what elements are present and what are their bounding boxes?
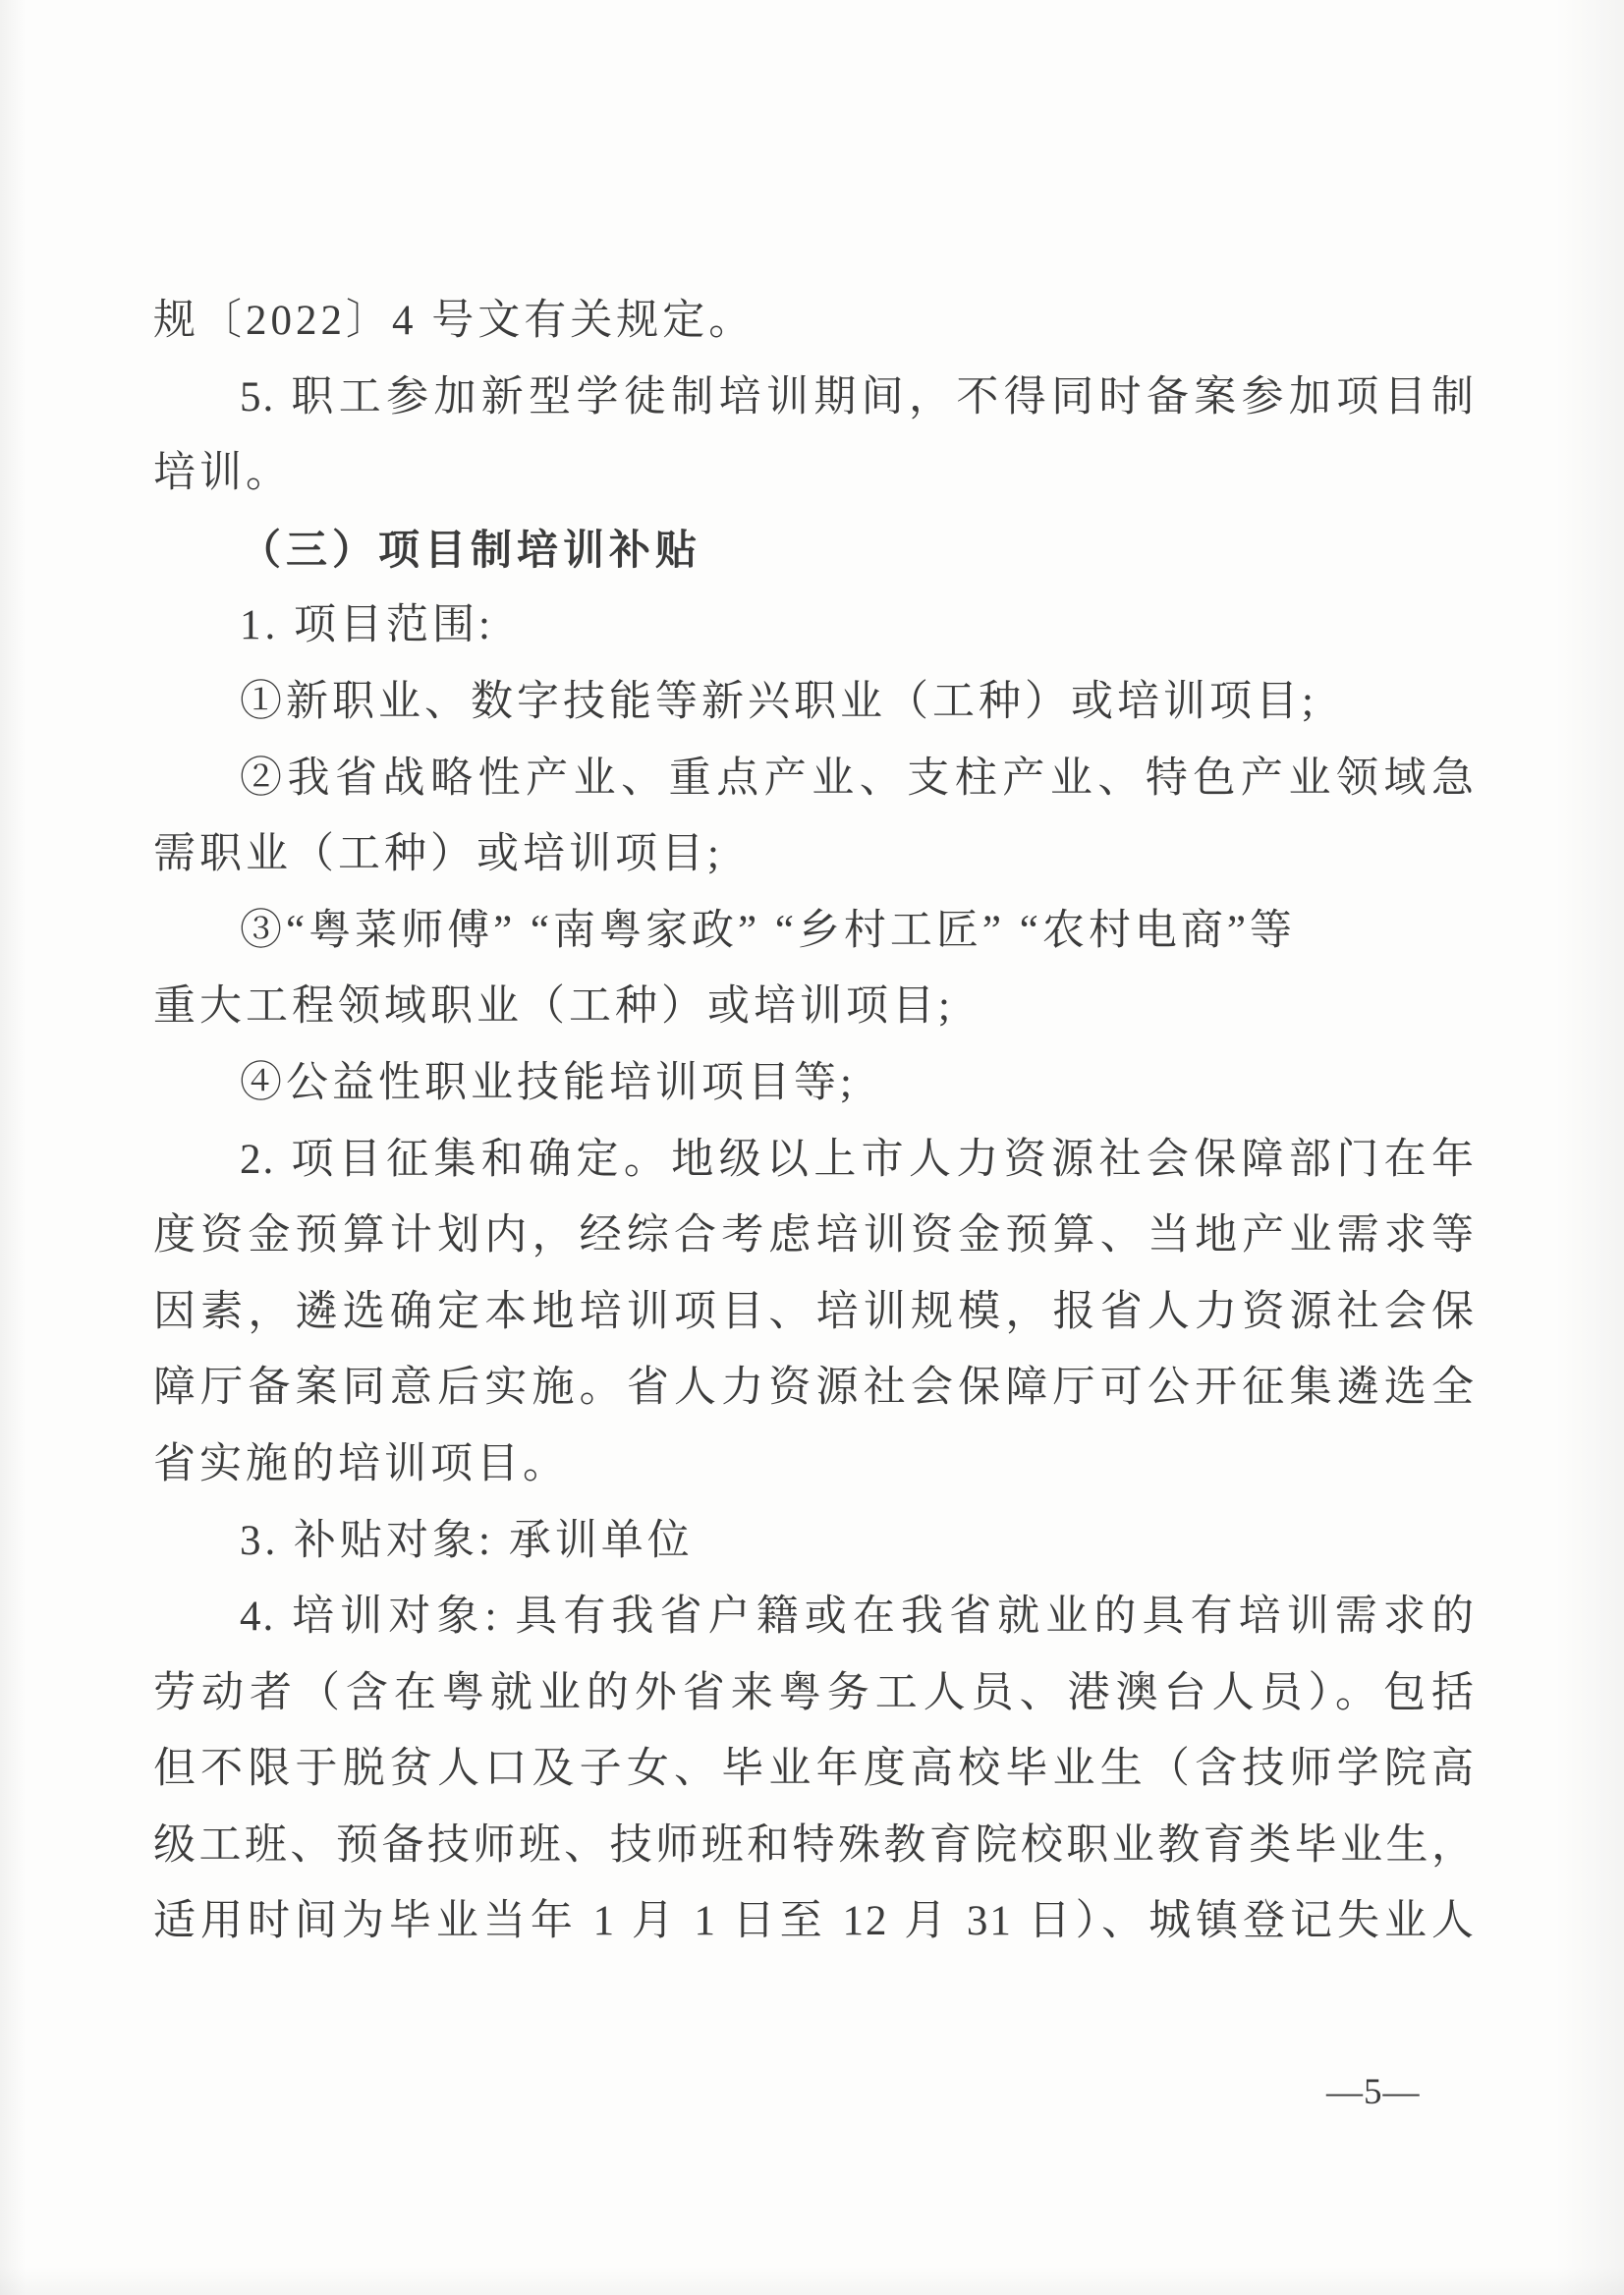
text-block: 规〔2022〕4 号文有关规定。 5. 职工参加新型学徒制培训期间，不得同时备案… <box>153 283 1476 1960</box>
text-line: 规〔2022〕4 号文有关规定。 <box>153 283 1476 360</box>
scan-shade-right <box>1555 0 1624 2295</box>
text-line: 重大工程领域职业（工种）或培训项目; <box>153 969 1476 1045</box>
text-line: 适用时间为毕业当年 1 月 1 日至 12 月 31 日）、城镇登记失业人 <box>153 1883 1476 1960</box>
text-line: ③“粤菜师傅” “南粤家政” “乡村工匠” “农村电商”等 <box>153 893 1476 970</box>
text-line: 但不限于脱贫人口及子女、毕业年度高校毕业生（含技师学院高 <box>153 1731 1476 1808</box>
text-line: 5. 职工参加新型学徒制培训期间，不得同时备案参加项目制 <box>153 360 1476 436</box>
text-line: 障厅备案同意后实施。省人力资源社会保障厅可公开征集遴选全 <box>153 1350 1476 1427</box>
text-line: 劳动者（含在粤就业的外省来粤务工人员、港澳台人员）。包括 <box>153 1655 1476 1732</box>
document-page: 规〔2022〕4 号文有关规定。 5. 职工参加新型学徒制培训期间，不得同时备案… <box>0 0 1624 2295</box>
scan-shade-left <box>0 0 26 2295</box>
text-line: ②我省战略性产业、重点产业、支柱产业、特色产业领域急 <box>153 741 1476 817</box>
text-line: 需职业（工种）或培训项目; <box>153 816 1476 893</box>
text-line: ④公益性职业技能培训项目等; <box>153 1045 1476 1122</box>
section-heading: （三）项目制培训补贴 <box>153 512 1476 588</box>
text-line: 2. 项目征集和确定。地级以上市人力资源社会保障部门在年 <box>153 1122 1476 1199</box>
page-number: —5— <box>1326 2071 1421 2114</box>
text-line: 因素，遴选确定本地培训项目、培训规模，报省人力资源社会保 <box>153 1274 1476 1351</box>
text-line: 培训。 <box>153 435 1476 512</box>
text-line: ①新职业、数字技能等新兴职业（工种）或培训项目; <box>153 664 1476 741</box>
text-line: 3. 补贴对象: 承训单位 <box>153 1503 1476 1580</box>
text-line: 4. 培训对象: 具有我省户籍或在我省就业的具有培训需求的 <box>153 1579 1476 1655</box>
text-line: 级工班、预备技师班、技师班和特殊教育院校职业教育类毕业生， <box>153 1808 1476 1884</box>
text-line: 省实施的培训项目。 <box>153 1427 1476 1503</box>
scan-shade-bottom <box>0 2267 1624 2295</box>
text-line: 1. 项目范围: <box>153 588 1476 664</box>
text-line: 度资金预算计划内，经综合考虑培训资金预算、当地产业需求等 <box>153 1198 1476 1274</box>
